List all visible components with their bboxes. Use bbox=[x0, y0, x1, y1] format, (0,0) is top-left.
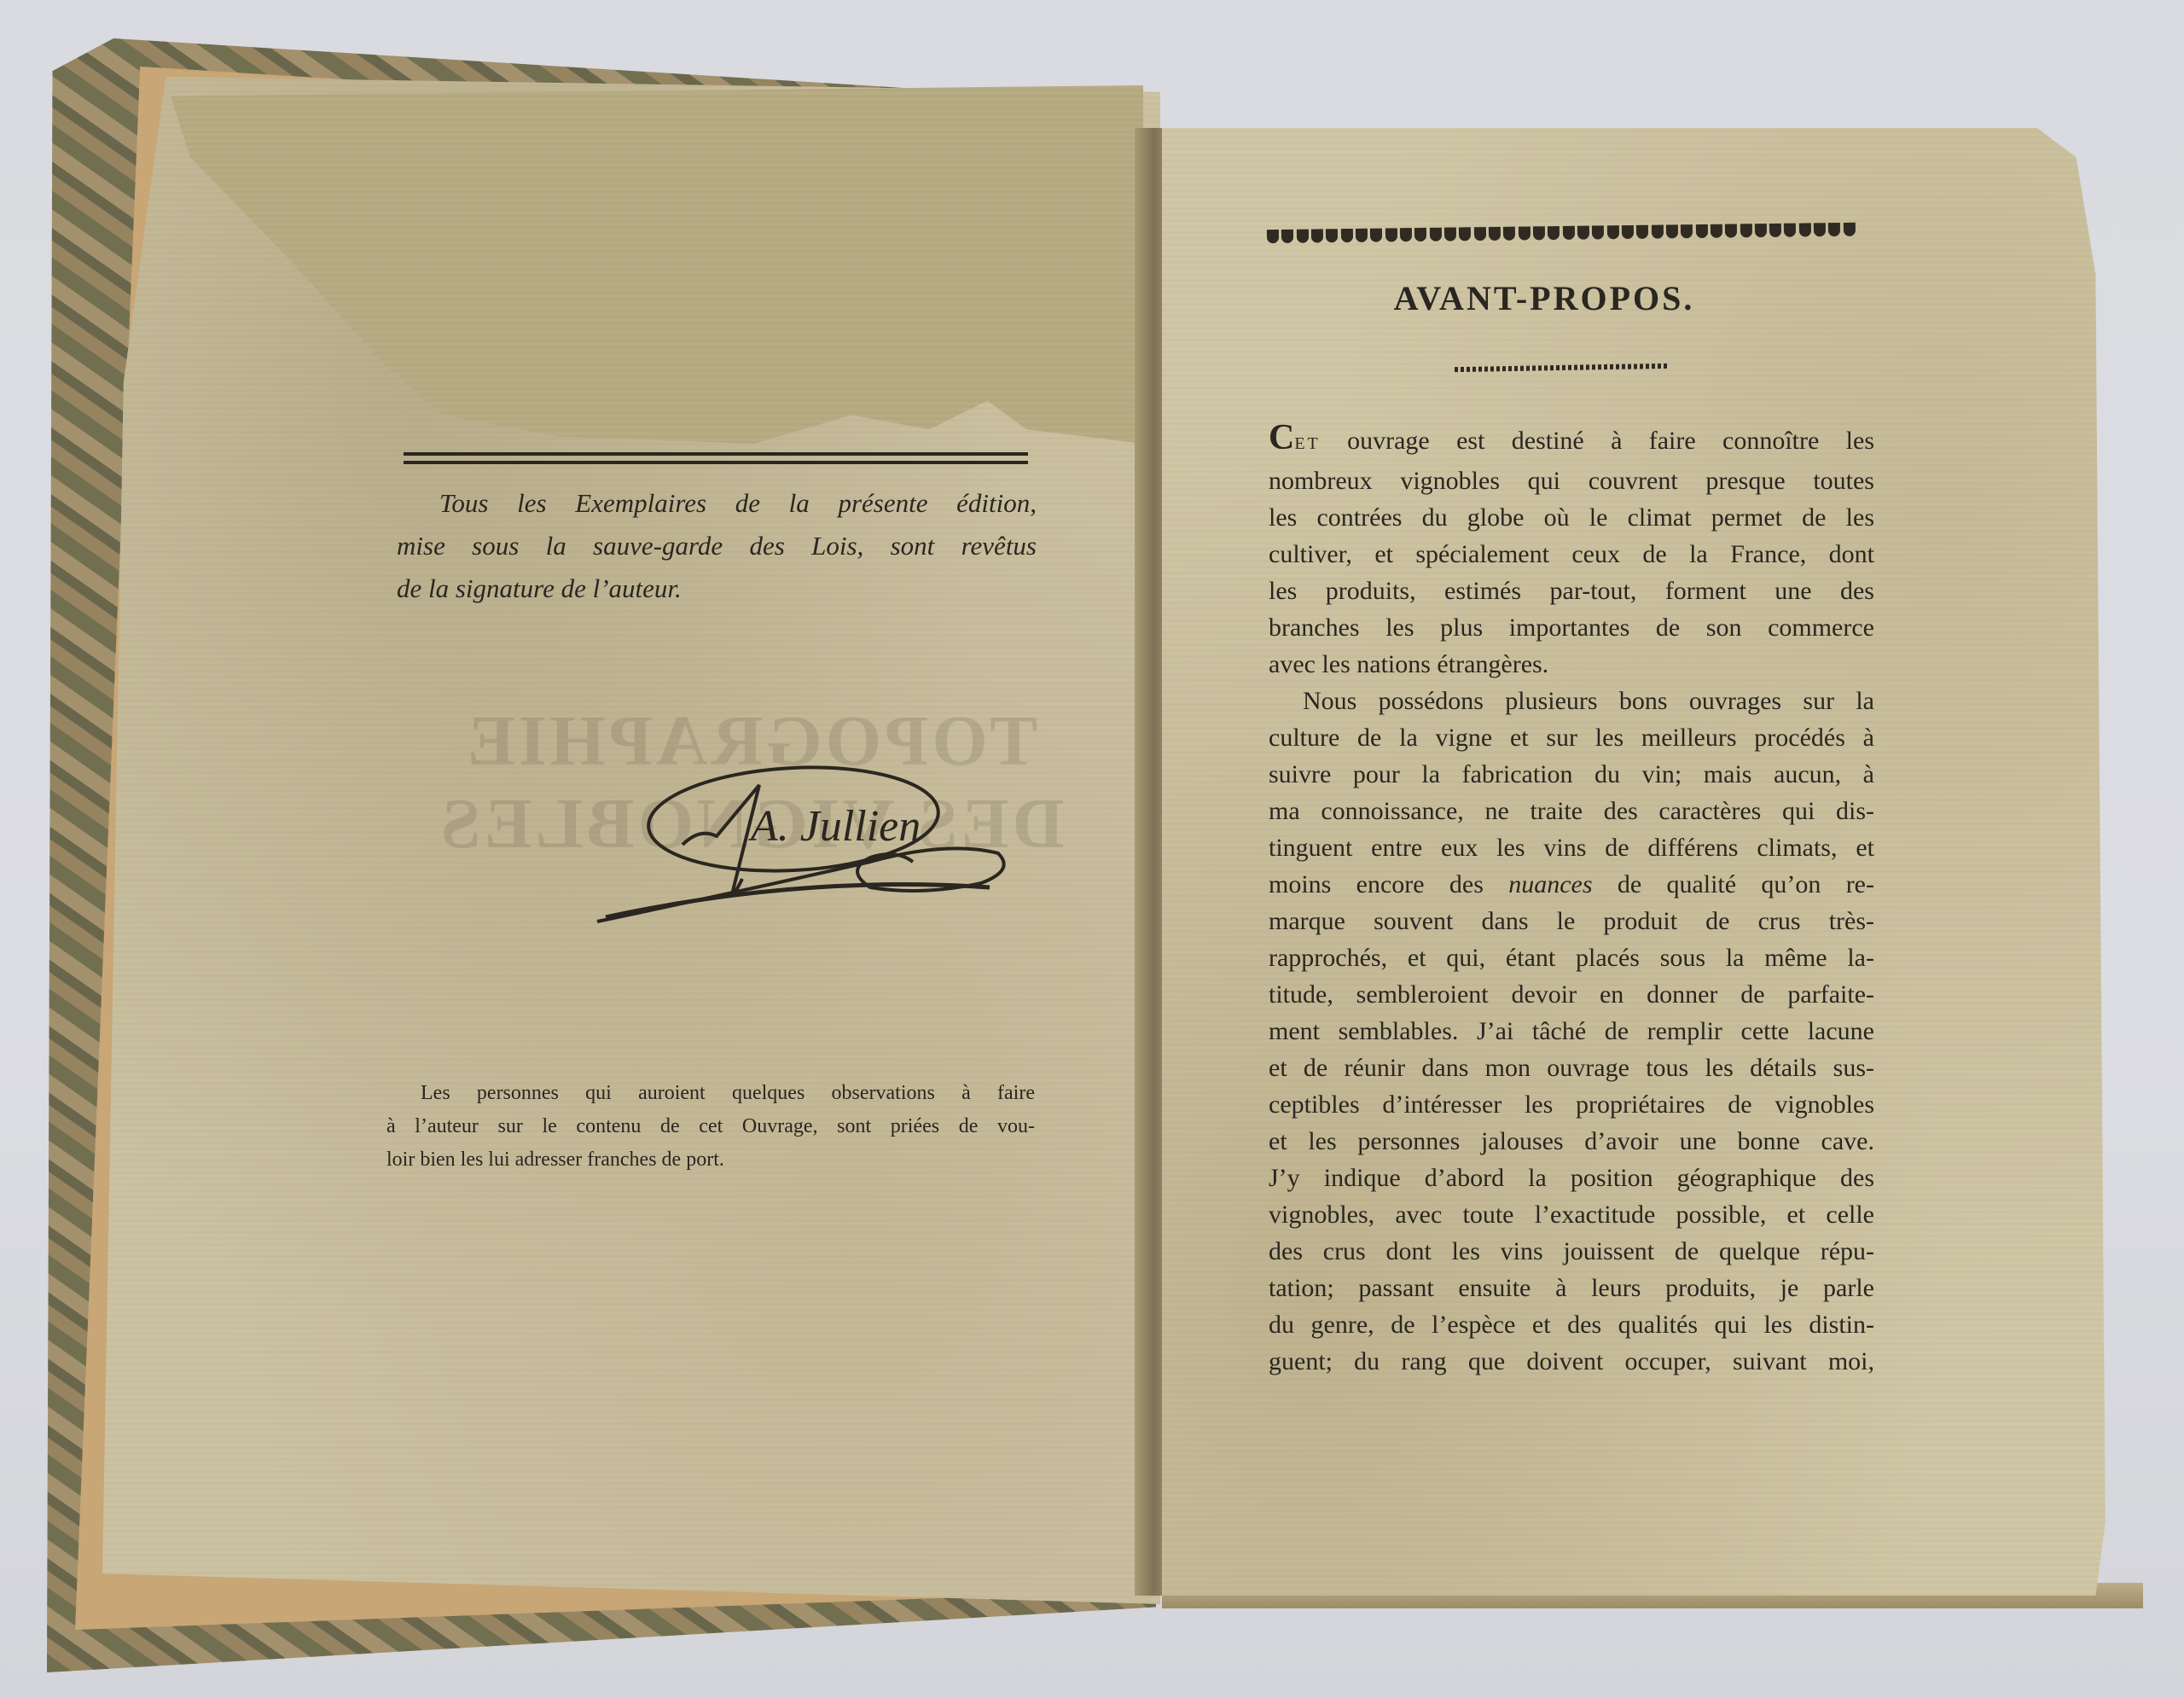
footnote-line: à l’auteur sur le contenu de cet Ouvrage… bbox=[386, 1110, 1035, 1143]
text-line: CET ouvrage est destiné à faire connoîtr… bbox=[1269, 420, 1874, 462]
text-line: et les personnes jalouses d’avoir une bo… bbox=[1269, 1123, 1874, 1160]
italic-word: nuances bbox=[1508, 870, 1592, 898]
text-line: marque souvent dans le produit de crus t… bbox=[1269, 903, 1874, 939]
notice-line: mise sous la sauve-garde des Lois, sont … bbox=[397, 525, 1037, 567]
avant-propos-text: CET ouvrage est destiné à faire connoîtr… bbox=[1269, 420, 1874, 1380]
text-line: moins encore des nuances de qualité qu’o… bbox=[1269, 866, 1874, 903]
footnote-request: Les personnes qui auroient quelques obse… bbox=[386, 1077, 1035, 1177]
text-line: les produits, estimés par-tout, forment … bbox=[1269, 573, 1874, 609]
footnote-line: Les personnes qui auroient quelques obse… bbox=[386, 1077, 1035, 1110]
text-line: titude, sembleroient devoir en donner de… bbox=[1269, 976, 1874, 1013]
notice-line: de la signature de l’auteur. bbox=[397, 567, 1037, 610]
text-line: suivre pour la fabrication du vin; mais … bbox=[1269, 756, 1874, 793]
double-rule bbox=[404, 452, 1028, 464]
text-line: vignobles, avec toute l’exactitude possi… bbox=[1269, 1196, 1874, 1233]
text-line: branches les plus importantes de son com… bbox=[1269, 609, 1874, 646]
text-line: du genre, de l’espèce et des qualités qu… bbox=[1269, 1306, 1874, 1343]
drop-cap: C bbox=[1269, 418, 1294, 457]
text-line: guent; du rang que doivent occuper, suiv… bbox=[1269, 1343, 1874, 1380]
notice-line: Tous les Exemplaires de la présente édit… bbox=[397, 482, 1037, 525]
text-line: culture de la vigne et sur les meilleurs… bbox=[1269, 719, 1874, 756]
text-line: ceptibles d’intéresser les propriétaires… bbox=[1269, 1086, 1874, 1123]
text-line: J’y indique d’abord la position géograph… bbox=[1269, 1160, 1874, 1196]
text-line: tation; passant ensuite à leurs produits… bbox=[1269, 1270, 1874, 1306]
text-line: avec les nations étrangères. bbox=[1269, 646, 1874, 683]
author-signature-icon: A. Jullien bbox=[589, 759, 1032, 930]
text-line: des crus dont les vins jouissent de quel… bbox=[1269, 1233, 1874, 1270]
text-line: nombreux vignobles qui couvrent presque … bbox=[1269, 462, 1874, 499]
text-line: Nous possédons plusieurs bons ouvrages s… bbox=[1269, 683, 1874, 719]
text-line: ma connoissance, ne traite des caractère… bbox=[1269, 793, 1874, 829]
text-line: tinguent entre eux les vins de différens… bbox=[1269, 829, 1874, 866]
edition-notice: Tous les Exemplaires de la présente édit… bbox=[397, 482, 1037, 610]
text-line: et de réunir dans mon ouvrage tous les d… bbox=[1269, 1050, 1874, 1086]
page-heading: AVANT-PROPOS. bbox=[1356, 278, 1732, 318]
text-line: rapprochés, et qui, étant placés sous la… bbox=[1269, 939, 1874, 976]
open-book: TOPOGRAPHIE DES VIGNOBLES Tous les Exemp… bbox=[0, 0, 2184, 1698]
svg-text:A. Jullien: A. Jullien bbox=[748, 802, 921, 851]
text-line: cultiver, et spécialement ceux de la Fra… bbox=[1269, 536, 1874, 573]
text-line: les contrées du globe où le climat perme… bbox=[1269, 499, 1874, 536]
text-line: ment semblables. J’ai tâché de remplir c… bbox=[1269, 1013, 1874, 1050]
footnote-line: loir bien les lui adresser franches de p… bbox=[386, 1143, 1035, 1177]
